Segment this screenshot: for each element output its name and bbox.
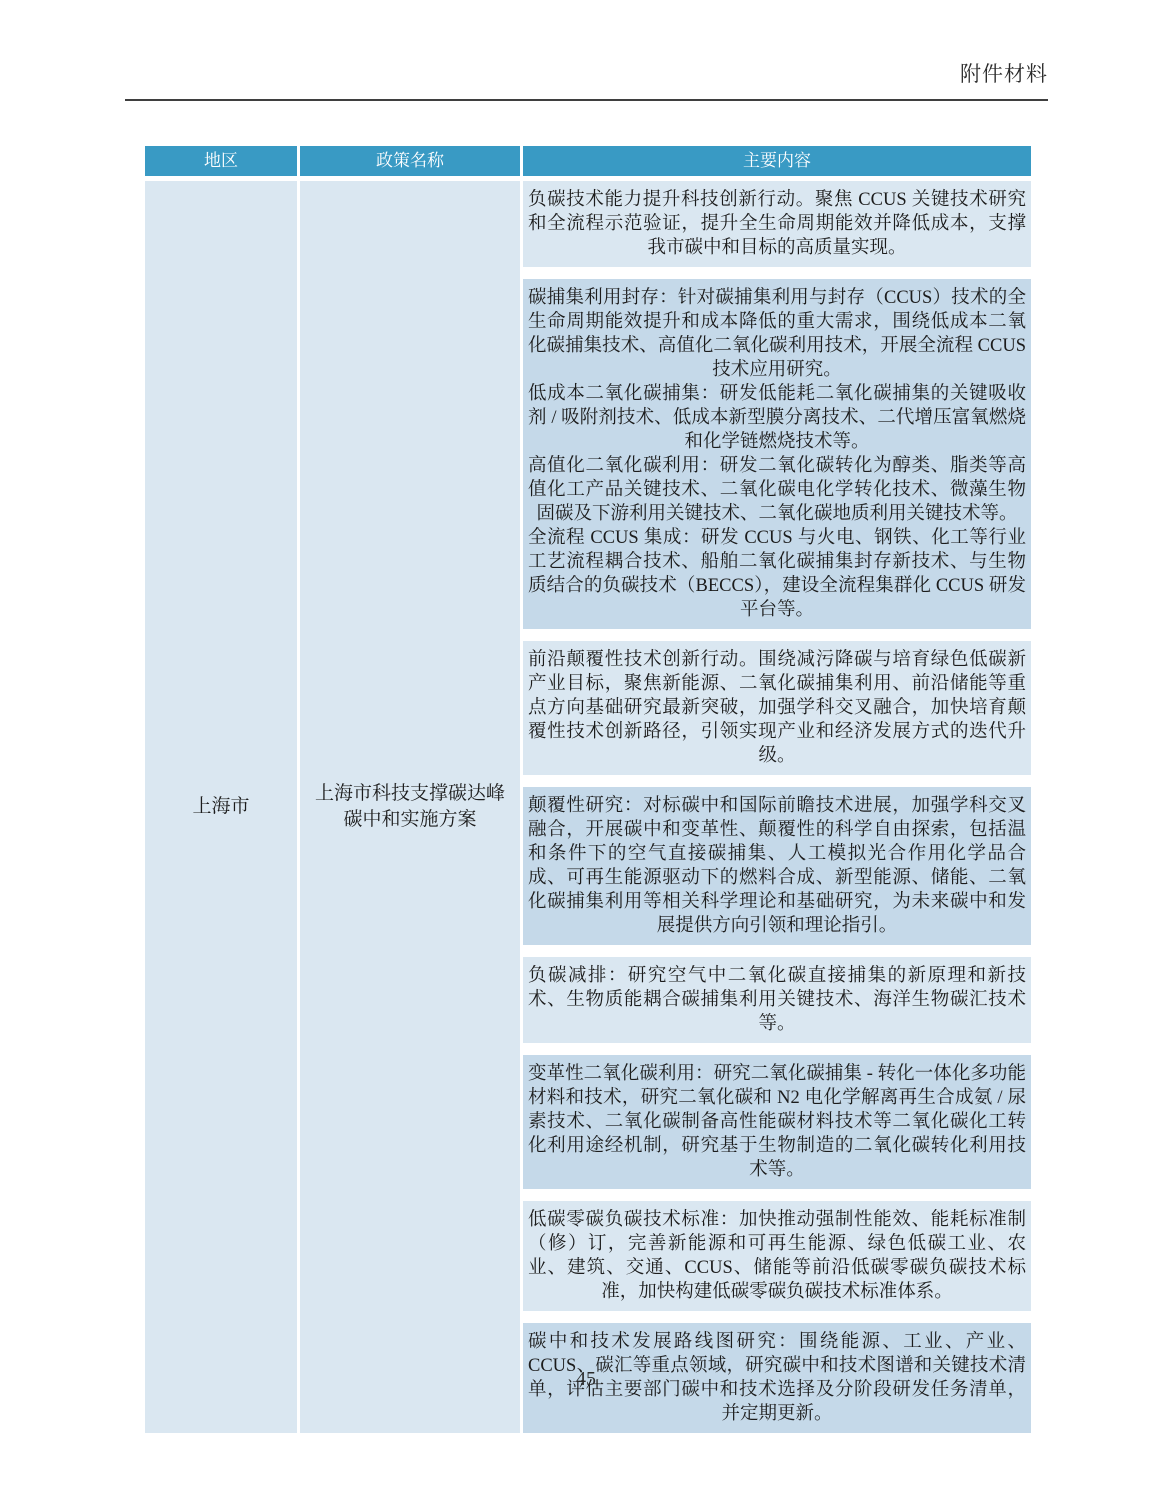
content-paragraph: 负碳减排：研究空气中二氧化碳直接捕集的新原理和新技术、生物质能耦合碳捕集利用关键… <box>528 964 1026 1036</box>
content-paragraph: 全流程 CCUS 集成：研发 CCUS 与火电、钢铁、化工等行业工艺流程耦合技术… <box>528 526 1026 622</box>
region-cell: 上海市 <box>145 181 297 1433</box>
table-header-row: 地区 政策名称 主要内容 <box>145 146 1031 176</box>
policy-name-label: 上海市科技支撑碳达峰碳中和实施方案 <box>310 781 510 833</box>
header-rule <box>125 99 1048 101</box>
main-content-cell: 负碳技术能力提升科技创新行动。聚焦 CCUS 关键技术研究和全流程示范验证，提升… <box>523 181 1031 1433</box>
content-paragraph: 低碳零碳负碳技术标准：加快推动强制性能效、能耗标准制（修）订，完善新能源和可再生… <box>528 1208 1026 1304</box>
content-paragraph: 低成本二氧化碳捕集：研发低能耗二氧化碳捕集的关键吸收剂 / 吸附剂技术、低成本新… <box>528 382 1026 454</box>
content-paragraph: 碳捕集利用封存：针对碳捕集利用与封存（CCUS）技术的全生命周期能效提升和成本降… <box>528 286 1026 382</box>
region-label: 上海市 <box>192 794 249 820</box>
table-body-row: 上海市 上海市科技支撑碳达峰碳中和实施方案 负碳技术能力提升科技创新行动。聚焦 … <box>145 181 1031 1433</box>
content-block: 前沿颠覆性技术创新行动。围绕减污降碳与培育绿色低碳新产业目标，聚焦新能源、二氧化… <box>523 641 1031 775</box>
column-header-policy-name: 政策名称 <box>300 146 520 176</box>
content-block: 碳捕集利用封存：针对碳捕集利用与封存（CCUS）技术的全生命周期能效提升和成本降… <box>523 279 1031 629</box>
content-block: 变革性二氧化碳利用：研究二氧化碳捕集 - 转化一体化多功能材料和技术，研究二氧化… <box>523 1055 1031 1189</box>
content-paragraph: 负碳技术能力提升科技创新行动。聚焦 CCUS 关键技术研究和全流程示范验证，提升… <box>528 188 1026 260</box>
content-block: 颠覆性研究：对标碳中和国际前瞻技术进展，加强学科交叉融合，开展碳中和变革性、颠覆… <box>523 787 1031 945</box>
policy-name-cell: 上海市科技支撑碳达峰碳中和实施方案 <box>300 181 520 1433</box>
header-label: 附件材料 <box>960 58 1048 88</box>
column-header-region: 地区 <box>145 146 297 176</box>
column-header-main-content: 主要内容 <box>523 146 1031 176</box>
content-block: 负碳减排：研究空气中二氧化碳直接捕集的新原理和新技术、生物质能耦合碳捕集利用关键… <box>523 957 1031 1043</box>
policy-table: 地区 政策名称 主要内容 上海市 上海市科技支撑碳达峰碳中和实施方案 负碳技术能… <box>145 146 1031 1433</box>
content-paragraph: 高值化二氧化碳利用：研发二氧化碳转化为醇类、脂类等高值化工产品关键技术、二氧化碳… <box>528 454 1026 526</box>
page-number: 45 <box>0 1368 1172 1391</box>
content-paragraph: 颠覆性研究：对标碳中和国际前瞻技术进展，加强学科交叉融合，开展碳中和变革性、颠覆… <box>528 794 1026 938</box>
content-paragraph: 前沿颠覆性技术创新行动。围绕减污降碳与培育绿色低碳新产业目标，聚焦新能源、二氧化… <box>528 648 1026 768</box>
content-block: 低碳零碳负碳技术标准：加快推动强制性能效、能耗标准制（修）订，完善新能源和可再生… <box>523 1201 1031 1311</box>
content-block: 负碳技术能力提升科技创新行动。聚焦 CCUS 关键技术研究和全流程示范验证，提升… <box>523 181 1031 267</box>
content-paragraph: 变革性二氧化碳利用：研究二氧化碳捕集 - 转化一体化多功能材料和技术，研究二氧化… <box>528 1062 1026 1182</box>
